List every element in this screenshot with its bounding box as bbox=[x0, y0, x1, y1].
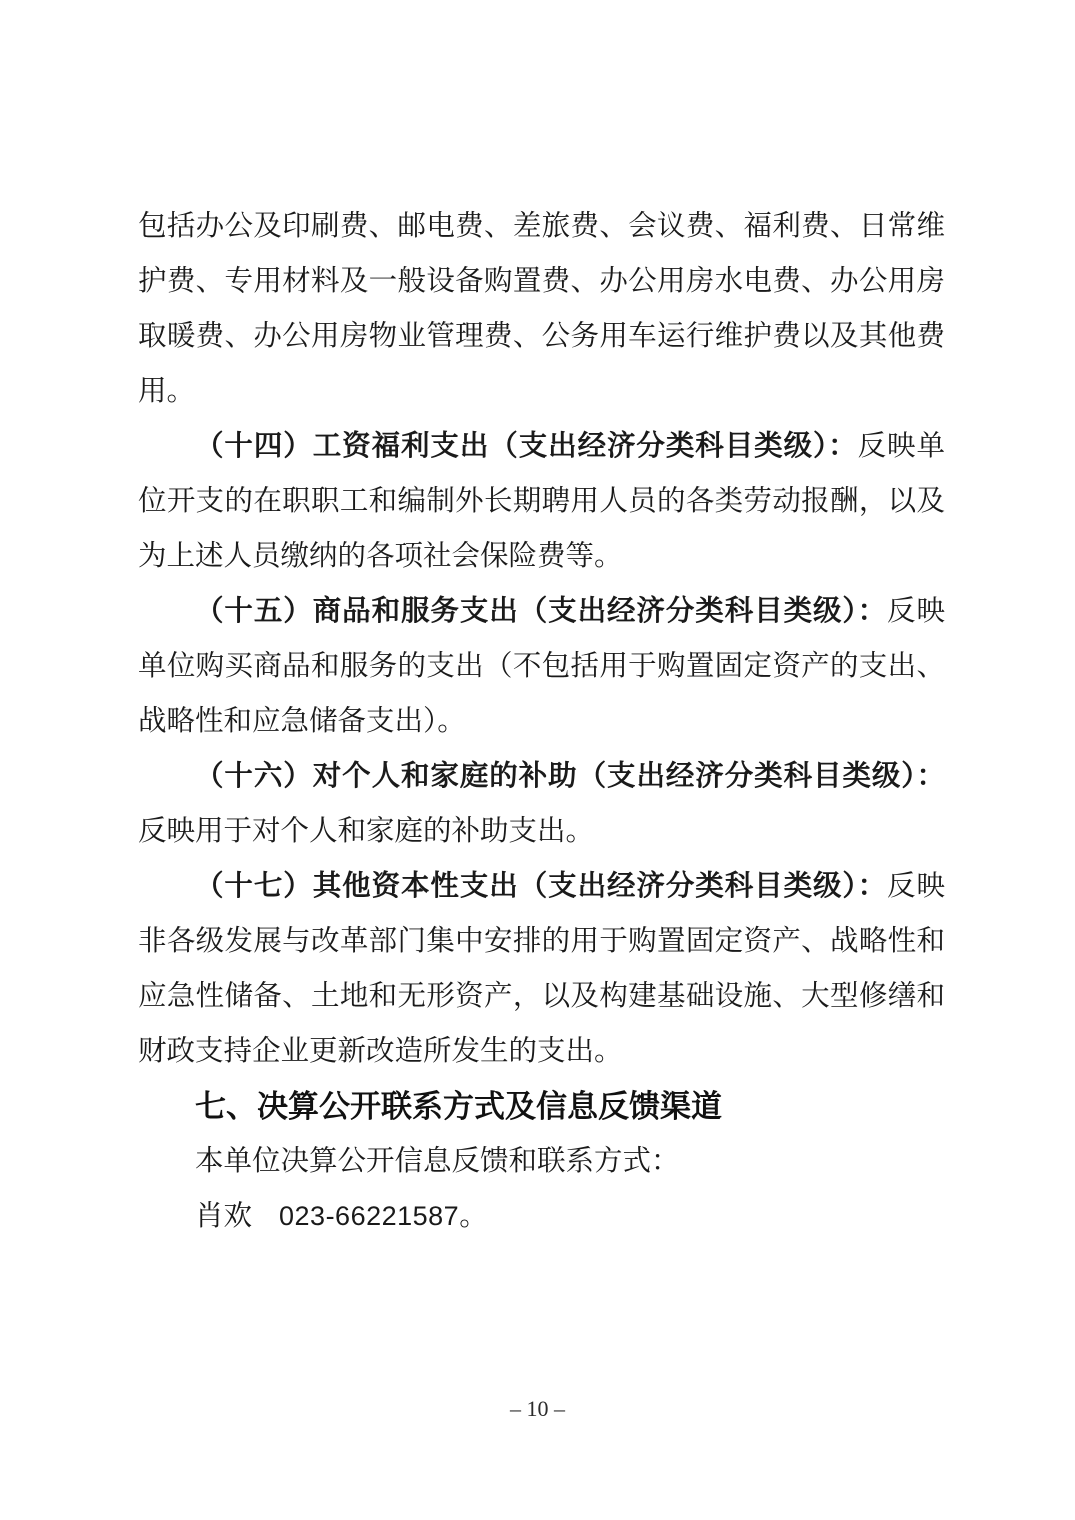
intro-paragraph: 包括办公及印刷费、邮电费、差旅费、会议费、福利费、日常维护费、专用材料及一般设备… bbox=[138, 199, 945, 419]
section-16-paragraph: （十六）对个人和家庭的补助（支出经济分类科目类级）：反映用于对个人和家庭的补助支… bbox=[138, 749, 945, 859]
section-16-body: 反映用于对个人和家庭的补助支出。 bbox=[138, 816, 594, 847]
contact-phone: 023-66221587 bbox=[279, 1201, 459, 1231]
section-7-heading: 七、决算公开联系方式及信息反馈渠道 bbox=[138, 1079, 945, 1134]
feedback-intro-paragraph: 本单位决算公开信息反馈和联系方式： bbox=[138, 1134, 945, 1189]
contact-name: 肖欢 bbox=[195, 1201, 252, 1232]
contact-line: 肖欢023-66221587。 bbox=[138, 1189, 945, 1244]
document-content: 包括办公及印刷费、邮电费、差旅费、会议费、福利费、日常维护费、专用材料及一般设备… bbox=[138, 199, 945, 1244]
section-17-lead: （十七）其他资本性支出（支出经济分类科目类级）： bbox=[195, 871, 887, 902]
section-17-paragraph: （十七）其他资本性支出（支出经济分类科目类级）：反映非各级发展与改革部门集中安排… bbox=[138, 859, 945, 1079]
page-number: – 10 – bbox=[0, 1396, 1075, 1422]
document-page: 包括办公及印刷费、邮电费、差旅费、会议费、福利费、日常维护费、专用材料及一般设备… bbox=[0, 0, 1075, 1520]
section-14-lead: （十四）工资福利支出（支出经济分类科目类级）： bbox=[195, 431, 858, 462]
section-15-lead: （十五）商品和服务支出（支出经济分类科目类级）： bbox=[195, 596, 887, 627]
section-16-lead: （十六）对个人和家庭的补助（支出经济分类科目类级）： bbox=[195, 761, 945, 792]
section-14-paragraph: （十四）工资福利支出（支出经济分类科目类级）：反映单位开支的在职职工和编制外长期… bbox=[138, 419, 945, 584]
section-15-paragraph: （十五）商品和服务支出（支出经济分类科目类级）：反映单位购买商品和服务的支出（不… bbox=[138, 584, 945, 749]
contact-period: 。 bbox=[459, 1201, 488, 1232]
